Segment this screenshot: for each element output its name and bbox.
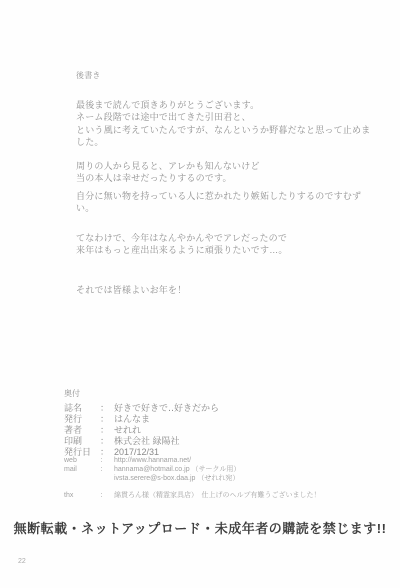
contact-thanks-text: 綿貫ろん様（精霊家具店） 仕上げのヘルプ有難うございました！ [114, 491, 321, 500]
contact-separator: ： [100, 491, 114, 500]
afterword-line: 当の本人は幸せだったりするのです。 [76, 172, 376, 185]
contact-row-mail: mail ： hannama@hotmail.co.jp （サークル用） [64, 465, 394, 474]
afterword-line: 自分に無い物を持っている人に惹かれたり嫉妬したりするのですむずい。 [76, 190, 376, 215]
afterword-section: 後書き 最後まで読んで頂きありがとうございます。 ネーム段階では途中で出てきた引… [76, 70, 376, 296]
page-number: 22 [18, 558, 26, 565]
colophon-row-author: 著者 ： せれれ [64, 425, 384, 436]
colophon-label: 印刷 [64, 436, 100, 447]
colophon-row-title: 誌名 ： 好きで好きで‥好きだから [64, 403, 384, 414]
afterword-paragraph: てなわけで、今年はなんやかんやでアレだったので 来年はもっと産出出来るように頑張… [76, 232, 376, 257]
colophon-label: 誌名 [64, 403, 100, 414]
afterword-heading: 後書き [76, 70, 376, 83]
afterword-line: 周りの人から見ると、アレかも知んないけど [76, 160, 376, 173]
contact-label: mail [64, 465, 100, 474]
colophon-separator: ： [100, 425, 114, 436]
colophon-section: 奥付 誌名 ： 好きで好きで‥好きだから 発行 ： はんなま 著者 ： せれれ … [64, 388, 384, 458]
contacts-section: web ： http://www.hannama.net/ mail ： han… [64, 456, 394, 500]
contact-mail-circle: hannama@hotmail.co.jp （サークル用） [114, 465, 240, 474]
afterword-paragraph: それでは皆様よいお年を！ [76, 284, 376, 297]
prohibition-notice: 無断転載・ネットアップロード・未成年者の購読を禁じます!! [0, 518, 400, 537]
afterword-line: それでは皆様よいお年を！ [76, 284, 376, 297]
contact-label: web [64, 456, 100, 465]
colophon-value: はんなま [114, 414, 150, 425]
afterword-paragraph: 最後まで読んで頂きありがとうございます。 ネーム段階では途中で出てきた引田君と、… [76, 99, 376, 149]
colophon-value: せれれ [114, 425, 141, 436]
contact-row-web: web ： http://www.hannama.net/ [64, 456, 394, 465]
contact-separator: ： [100, 456, 114, 465]
afterword-line: 最後まで読んで頂きありがとうございます。 [76, 99, 376, 112]
colophon-separator: ： [100, 436, 114, 447]
contact-mail-personal: ivsta.serere@s-box.daa.jp （せれれ宛） [64, 474, 394, 483]
contact-label: thx [64, 491, 100, 500]
colophon-row-printer: 印刷 ： 株式会社 緑陽社 [64, 436, 384, 447]
contact-separator: ： [100, 465, 114, 474]
colophon-heading: 奥付 [64, 388, 384, 399]
colophon-row-publisher: 発行 ： はんなま [64, 414, 384, 425]
afterword-line: ネーム段階では途中で出てきた引田君と、 [76, 111, 376, 124]
colophon-value: 株式会社 緑陽社 [114, 436, 180, 447]
colophon-value: 好きで好きで‥好きだから [114, 403, 219, 414]
afterword-line: てなわけで、今年はなんやかんやでアレだったので [76, 232, 376, 245]
colophon-separator: ： [100, 403, 114, 414]
colophon-label: 著者 [64, 425, 100, 436]
afterword-line: という風に考えていたんですが、なんというか野暮だなと思って止めました。 [76, 124, 376, 149]
colophon-separator: ： [100, 414, 114, 425]
contact-web-url: http://www.hannama.net/ [114, 456, 191, 465]
afterword-paragraph: 自分に無い物を持っている人に惹かれたり嫉妬したりするのですむずい。 [76, 190, 376, 215]
colophon-label: 発行 [64, 414, 100, 425]
contact-row-thanks: thx ： 綿貫ろん様（精霊家具店） 仕上げのヘルプ有難うございました！ [64, 491, 394, 500]
afterword-paragraph: 周りの人から見ると、アレかも知んないけど 当の本人は幸せだったりするのです。 [76, 160, 376, 185]
afterword-line: 来年はもっと産出出来るように頑張りたいです…。 [76, 244, 376, 257]
